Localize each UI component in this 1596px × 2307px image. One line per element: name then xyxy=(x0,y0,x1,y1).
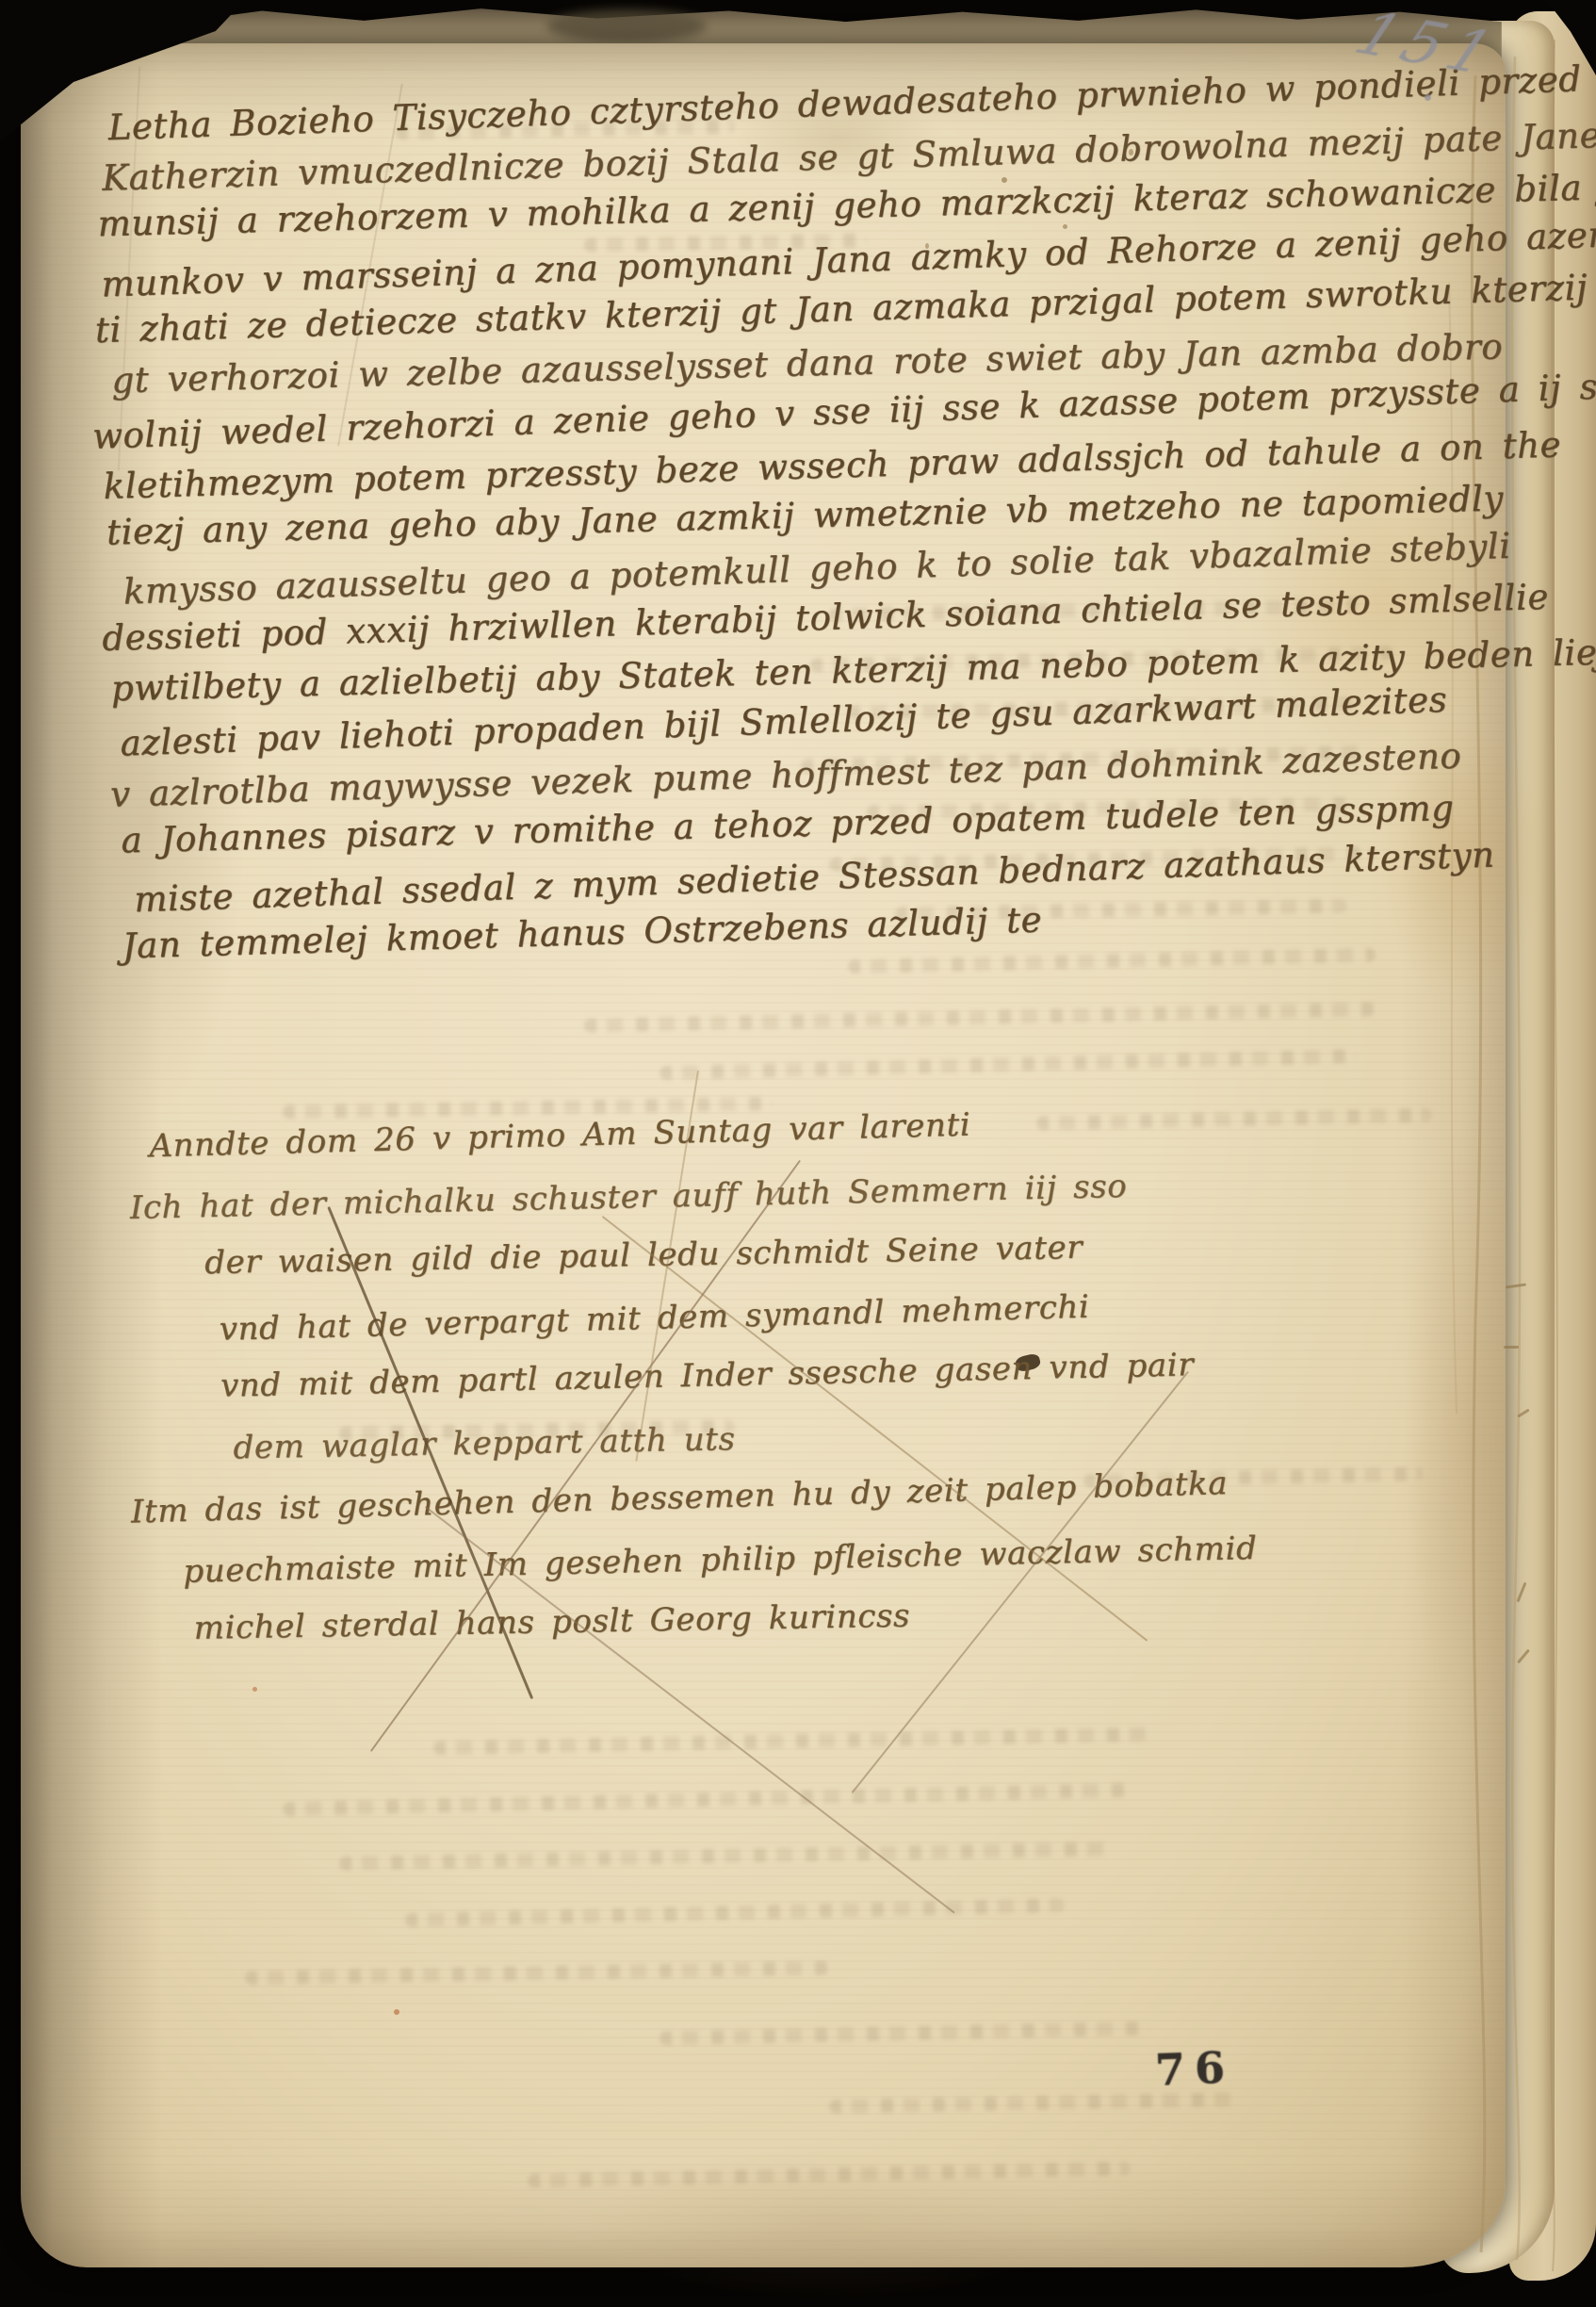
page-number-stamp: 76 xyxy=(1154,2042,1235,2096)
pencil-dot xyxy=(1425,94,1431,101)
top-edge-smudge xyxy=(546,9,707,41)
manuscript-scan: Letha Bozieho Tisyczeho cztyrsteho dewad… xyxy=(0,0,1596,2307)
